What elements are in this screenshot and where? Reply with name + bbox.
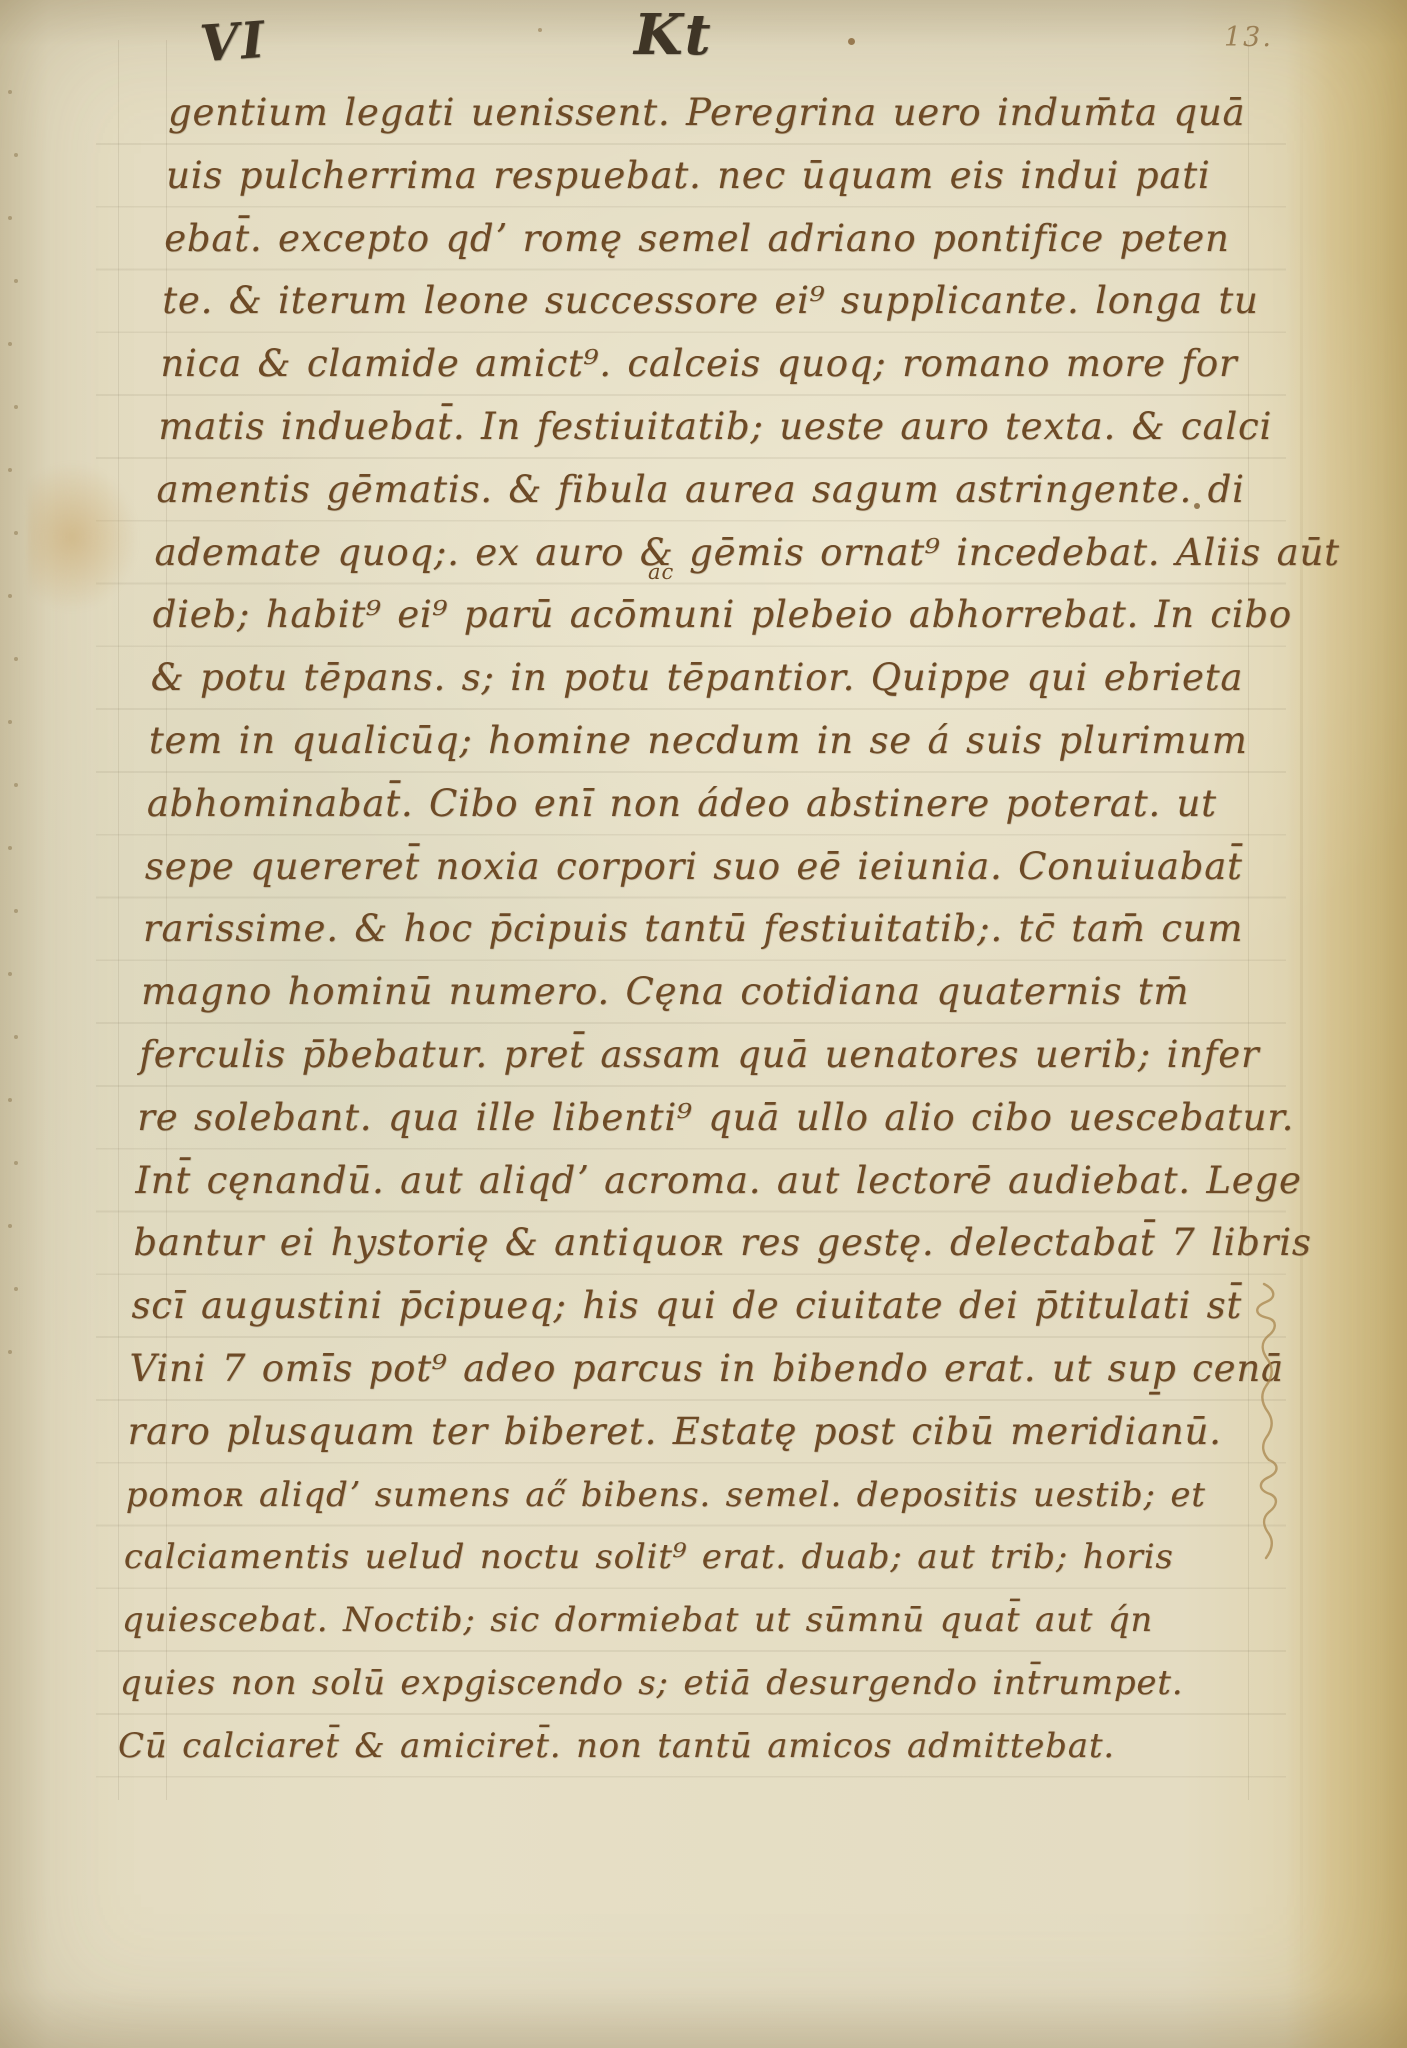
manuscript-line: Vini 7 omīs pot⁹ adeo parcus in bibendo … [130, 1338, 1329, 1401]
prick-mark [14, 1035, 18, 1039]
manuscript-line: raro plusquam ter biberet. Estatę post c… [128, 1401, 1328, 1464]
manuscript-line: bantur ei hystorię & antiquoʀ res gestę.… [133, 1212, 1328, 1275]
interlinear-correction: ac [648, 560, 674, 584]
running-header-center: Kt [634, 2, 713, 68]
prick-mark [8, 846, 12, 850]
margin-annotation-squiggle [1240, 1278, 1284, 1578]
prick-mark [14, 1161, 18, 1165]
prick-mark [8, 1098, 12, 1102]
prick-mark [8, 1224, 12, 1228]
manuscript-line: scī augustini p̄cipueq; his qui de ciuit… [132, 1275, 1329, 1338]
manuscript-text-block: gentium legati uenissent. Peregrina uero… [168, 82, 1328, 1778]
manuscript-line: Cū calciaret̄ & amiciret̄. non tantū ami… [118, 1715, 1328, 1778]
prick-mark [14, 1287, 18, 1291]
manuscript-line: calciamentis uelud noctu solit⁹ erat. du… [124, 1526, 1328, 1589]
manuscript-line: dieb; habit⁹ ei⁹ parū acōmuni plebeio ab… [153, 584, 1328, 647]
manuscript-line: te. & iterum leone successore ei⁹ suppli… [162, 270, 1328, 333]
prick-mark [8, 216, 12, 220]
ink-speck [848, 38, 855, 45]
prick-mark [8, 90, 12, 94]
manuscript-line: pomoʀ aliqdʼ sumens ac̋ bibens. semel. d… [126, 1464, 1328, 1527]
manuscript-page: VI Kt 13. gentium legati uenissent. Pere… [0, 0, 1407, 2048]
prick-mark [14, 531, 18, 535]
prick-mark [14, 405, 18, 409]
prick-mark [8, 594, 12, 598]
prick-mark [14, 153, 18, 157]
prick-mark [8, 720, 12, 724]
prick-mark [14, 657, 18, 661]
manuscript-line: ebat̄. excepto qdʼ romę semel adriano po… [164, 208, 1328, 271]
prick-mark [8, 468, 12, 472]
folio-number: 13. [1224, 22, 1273, 53]
manuscript-line: ferculis p̄bebatur. pret̄ assam quā uena… [139, 1024, 1328, 1087]
vertical-ruling-line [118, 40, 119, 1800]
prick-mark [8, 342, 12, 346]
prick-mark [14, 279, 18, 283]
manuscript-line: matis induebat̄. In festiuitatib; ueste … [158, 396, 1328, 459]
manuscript-line: gentium legati uenissent. Peregrina uero… [168, 82, 1328, 145]
prick-mark [8, 972, 12, 976]
manuscript-line: & potu tēpans. s; in potu tēpantior. Qui… [151, 647, 1328, 710]
manuscript-line: quies non solū expgiscendo s; etiā desur… [120, 1652, 1328, 1715]
manuscript-line: quiescebat. Noctib; sic dormiebat ut sūm… [122, 1589, 1328, 1652]
manuscript-line: rarissime. & hoc p̄cipuis tantū festiuit… [143, 898, 1328, 961]
manuscript-line: tem in qualicūq; homine necdum in se á s… [149, 710, 1328, 773]
manuscript-line: amentis gēmatis. & fibula aurea sagum as… [157, 459, 1329, 522]
manuscript-line: uis pulcherrima respuebat. nec ūquam eis… [166, 145, 1328, 208]
manuscript-line: ademate quoq;. ex auro & gēmis ornat⁹ in… [155, 522, 1329, 585]
manuscript-line: sepe quereret̄ noxia corpori suo eē ieiu… [145, 836, 1328, 899]
running-header-left: VI [198, 10, 268, 73]
manuscript-line: Int̄ cęnandū. aut aliqdʼ acroma. aut lec… [135, 1150, 1328, 1213]
manuscript-line: magno hominū numero. Cęna cotidiana quat… [141, 961, 1328, 1024]
manuscript-line: nica & clamide amict⁹. calceis quoq; rom… [160, 333, 1328, 396]
parchment-stain [28, 462, 138, 612]
ink-speck [538, 28, 542, 32]
manuscript-line: abhominabat̄. Cibo enī non ádeo abstiner… [147, 773, 1328, 836]
prick-mark [14, 909, 18, 913]
manuscript-line: re solebant. qua ille libenti⁹ quā ullo … [137, 1087, 1328, 1150]
prick-mark [8, 1350, 12, 1354]
prick-mark [14, 783, 18, 787]
